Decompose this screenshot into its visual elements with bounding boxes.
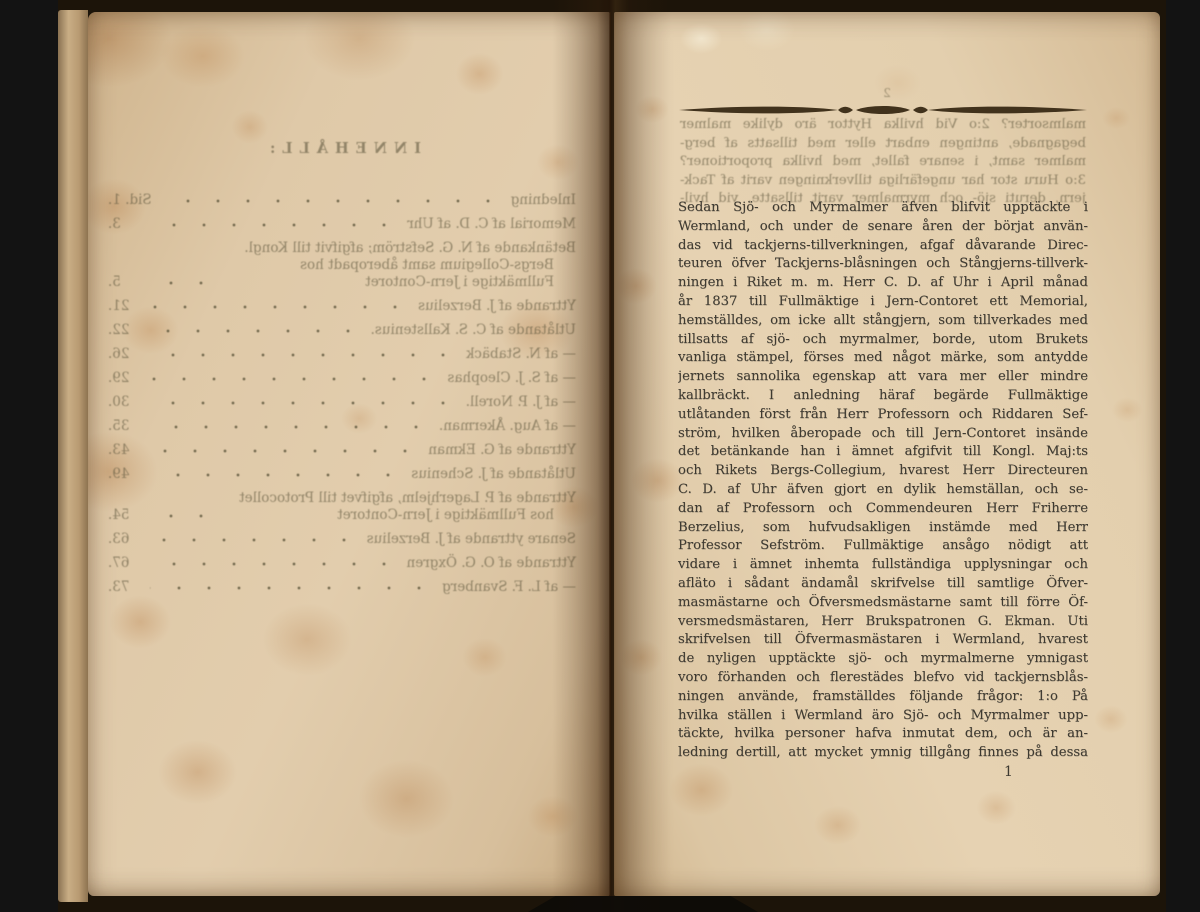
text-line: teuren öfver Tackjerns-blåsningen och St… [678,255,1088,274]
contents-entry-label: Inledning [511,192,576,209]
contents-entry: Betänkande af N. G. Sefström; afgifvit t… [108,240,576,291]
signature-number: 1 [1004,764,1013,780]
contents-entry: Yttrande af J. Berzelius21. [108,298,576,315]
text-line: skrifvelsen till Öfvermasmästaren i Werm… [678,631,1088,650]
bleed-text-line: 3:o Huru stor har ungefärliga tillverkni… [680,172,1086,191]
text-bleedthrough: malmsorter? 2:o Vid hvilka Hyttor äro dy… [680,116,1086,209]
text-line: hvilka ställen i Wermland äro Sjö- och M… [678,707,1088,726]
contents-entry-page: 29. [108,370,142,387]
contents-entry-label: Utlåtande af J. Schenius [411,466,576,483]
contents-entry: — af Aug. Åkerman.35. [108,418,576,435]
contents-entry-label: Yttrande af J. Berzelius [418,298,576,315]
contents-entry-page: 5. [108,274,142,291]
bleed-text-line: malmer samt, i senare fallet, med hvilka… [680,153,1086,172]
contents-entry-label: Yttrande af G. Ekman [428,442,576,459]
spine-bottom-notch [528,896,758,912]
text-line: C. D. af Uhr äfven gjort en dylik hemstä… [678,481,1088,500]
leader-dots [150,218,399,232]
contents-entry: Utlåtande af C. S. Kallstenius.22. [108,322,576,339]
leader-dots [160,194,503,208]
scanned-book-photo: INNEHÅLL: InledningSid. 1.Memorial af C.… [0,0,1200,912]
text-line: de nyligen upptäckte sjö- och myrmalmern… [678,650,1088,669]
contents-entry-page: 22. [108,322,142,339]
text-line: ledning dertill, att mycket ymnig tillgå… [678,744,1088,763]
contents-entry-label: — af J. P. Norell. [466,394,576,411]
text-line: vidare i ämnet inhemta fullständiga uppl… [678,556,1088,575]
contents-entry-page: 67. [108,555,142,572]
leader-dots [150,276,216,290]
text-line: das vid tackjerns-tillverkningen, afgaf … [678,237,1088,256]
contents-entry: — af S. J. Cleophas29. [108,370,576,387]
contents-entry: — af J. P. Norell.30. [108,394,576,411]
contents-entry: Utlåtande af J. Schenius49. [108,466,576,483]
leader-dots [150,581,434,595]
left-page: INNEHÅLL: InledningSid. 1.Memorial af C.… [88,12,610,896]
leader-dots [150,533,359,547]
text-line: dan af Professorn och Commendeuren Herr … [678,500,1088,519]
bleedthrough-folio-number: 2 [614,86,1160,100]
contents-entry-page: 49. [108,466,142,483]
contents-entry: InledningSid. 1. [108,192,576,209]
bleed-text-line: malmsorter? 2:o Vid hvilka Hyttor äro dy… [680,116,1086,135]
contents-entry-label: — af N. Stabäck [466,346,576,363]
text-line: tillsatts af sjö- och myrmalmer, borde, … [678,331,1088,350]
text-line: det betänkande han i ämnet afgifvit till… [678,443,1088,462]
text-line: ningen använde, framställdes följande fr… [678,688,1088,707]
text-line: Wermland, och under de senare åren der b… [678,218,1088,237]
right-page: 2 malmsorter? 2:o Vid hvilka Hyttor äro … [614,12,1160,896]
text-line: voro förhanden och flerestädes blefvo vi… [678,669,1088,688]
leader-dots [150,509,216,523]
text-line: masmästarne och Öfversmedsmästarne samt … [678,594,1088,613]
contents-entry-page: 35. [108,418,142,435]
bleed-text-line: begagnade, antingen enbart eller med til… [680,135,1086,154]
contents-entry-label: Betänkande af N. G. Sefström; afgifvit t… [224,240,576,291]
text-line: Sedan Sjö- och Myrmalmer äfven blifvit u… [678,199,1088,218]
leader-dots [150,557,399,571]
contents-entry: — af N. Stabäck26. [108,346,576,363]
contents-entry-label: Utlåtande af C. S. Kallstenius. [371,322,576,339]
contents-entry-label: — af S. J. Cleophas [447,370,576,387]
contents-entry-page: 63. [108,531,142,548]
text-line: vanliga stämpel, förses med något märke,… [678,349,1088,368]
page-stack-edge [58,10,88,902]
contents-entry-page: 26. [108,346,142,363]
contents-entry-label: Yttrande af O. G. Öxgren [407,555,576,572]
contents-entry: Yttrande af P. Lagerhjelm, afgifvet till… [108,490,576,524]
leader-dots [150,324,363,338]
text-line: utlåtanden först från Herr Professorn oc… [678,406,1088,425]
gutter-page-edge [609,12,611,896]
contents-entry: Memorial af C. D. af Uhr3. [108,216,576,233]
contents-entry-page: 43. [108,442,142,459]
contents-entry-page: 30. [108,394,142,411]
text-line: kallbräckt. I anledning häraf begärde Fu… [678,387,1088,406]
contents-title: INNEHÅLL: [108,140,576,158]
contents-entry-page: 54. [108,507,142,524]
text-line: täckte, hvilka personer hafva inmutat de… [678,725,1088,744]
text-line: Professor Sefström. Fullmäktige ansågo n… [678,537,1088,556]
leader-dots [150,420,431,434]
leader-dots [150,300,410,314]
contents-list: InledningSid. 1.Memorial af C. D. af Uhr… [108,192,576,596]
contents-entry: Yttrande af G. Ekman43. [108,442,576,459]
leader-dots [150,348,458,362]
contents-entry-page: 3. [108,216,142,233]
contents-entry-label: Yttrande af P. Lagerhjelm, afgifvet till… [224,490,576,524]
contents-entry-page: 73. [108,579,142,596]
contents-entry-label: — af Aug. Åkerman. [439,418,576,435]
text-line: ningen i Riket m. m. Herr C. D. af Uhr i… [678,274,1088,293]
page-body-text: Sedan Sjö- och Myrmalmer äfven blifvit u… [678,199,1088,763]
text-line: versmedsmästaren, Herr Brukspatronen G. … [678,613,1088,632]
contents-entry-label: Memorial af C. D. af Uhr [407,216,576,233]
contents-entry: Senare yttrande af J. Berzelius63. [108,531,576,548]
text-line: och Rikets Bergs-Collegium, hvarest Herr… [678,462,1088,481]
contents-entry-page: Sid. 1. [108,192,152,209]
contents-entry-label: — af L. F. Svanberg [442,579,576,596]
text-line: ström, hvilken åberopade och till Jern-C… [678,425,1088,444]
contents-entry-label: Senare yttrande af J. Berzelius [367,531,576,548]
leader-dots [150,396,458,410]
contents-bleedthrough: INNEHÅLL: InledningSid. 1.Memorial af C.… [108,140,576,603]
contents-entry: — af L. F. Svanberg73. [108,579,576,596]
leader-dots [150,444,420,458]
text-line: år 1837 till Fullmäktige i Jern-Contoret… [678,293,1088,312]
text-line: jernets sannolika egenskap att vara mer … [678,368,1088,387]
text-line: afläto i sådant ändamål skrifvelse till … [678,575,1088,594]
contents-entry: Yttrande af O. G. Öxgren67. [108,555,576,572]
open-book: INNEHÅLL: InledningSid. 1.Memorial af C.… [58,0,1166,912]
text-line: Berzelius, som hufvudsakligen instämde m… [678,519,1088,538]
leader-dots [150,372,439,386]
contents-entry-page: 21. [108,298,142,315]
leader-dots [150,468,403,482]
text-line: hemställdes, om icke allt stångjern, som… [678,312,1088,331]
